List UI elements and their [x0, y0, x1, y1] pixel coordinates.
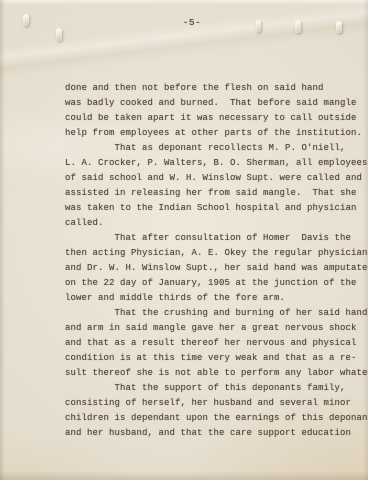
binding-emboss-mark-icon	[336, 21, 342, 33]
text-line: lower and middle thirds of the fore arm.	[65, 291, 357, 306]
typewritten-text-block: done and then not before the flesh on sa…	[65, 81, 357, 441]
text-line: was badly cooked and burned. That before…	[65, 96, 357, 111]
text-line: on the 22 day of January, 1905 at the ju…	[65, 276, 357, 291]
text-line: done and then not before the flesh on sa…	[65, 81, 357, 96]
binding-emboss-mark-icon	[56, 28, 62, 41]
text-line: That the crushing and burning of her sai…	[65, 306, 357, 321]
binding-emboss-mark-icon	[295, 20, 301, 33]
text-line: consisting of herself, her husband and s…	[65, 396, 357, 411]
text-line: and her husband, and that the care suppo…	[65, 426, 357, 441]
text-line: assisted in releasing her from said mang…	[65, 186, 357, 201]
text-line: L. A. Crocker, P. Walters, B. O. Sherman…	[65, 156, 357, 171]
text-line: called.	[65, 216, 357, 231]
text-line: was taken to the Indian School hospital …	[65, 201, 357, 216]
text-line: and arm in said mangle gave her a great …	[65, 321, 357, 336]
text-line: and Dr. W. H. Winslow Supt., her said ha…	[65, 261, 357, 276]
text-line: That the support of this deponants famil…	[65, 381, 357, 396]
text-line: help from employees at other parts of th…	[65, 126, 357, 141]
scanned-page: -5- done and then not before the flesh o…	[0, 0, 368, 480]
binding-emboss-mark-icon	[256, 20, 261, 32]
text-line: That as deponant recollects M. P. O'niel…	[65, 141, 357, 156]
binding-emboss-mark-icon	[23, 14, 29, 26]
text-line: could be taken apart it was necessary to…	[65, 111, 357, 126]
text-line: then acting Physician, A. E. Okey the re…	[65, 246, 357, 261]
text-line: children is dependant upon the earnings …	[65, 411, 357, 426]
page-number: -5-	[183, 17, 202, 28]
text-line: condition is at this time very weak and …	[65, 351, 357, 366]
text-line: and that as a result thereof her nervous…	[65, 336, 357, 351]
text-line: That after consultation of Homer Davis t…	[65, 231, 357, 246]
text-line: of said school and W. H. Winslow Supt. w…	[65, 171, 357, 186]
text-line: sult thereof she is not able to perform …	[65, 366, 357, 381]
